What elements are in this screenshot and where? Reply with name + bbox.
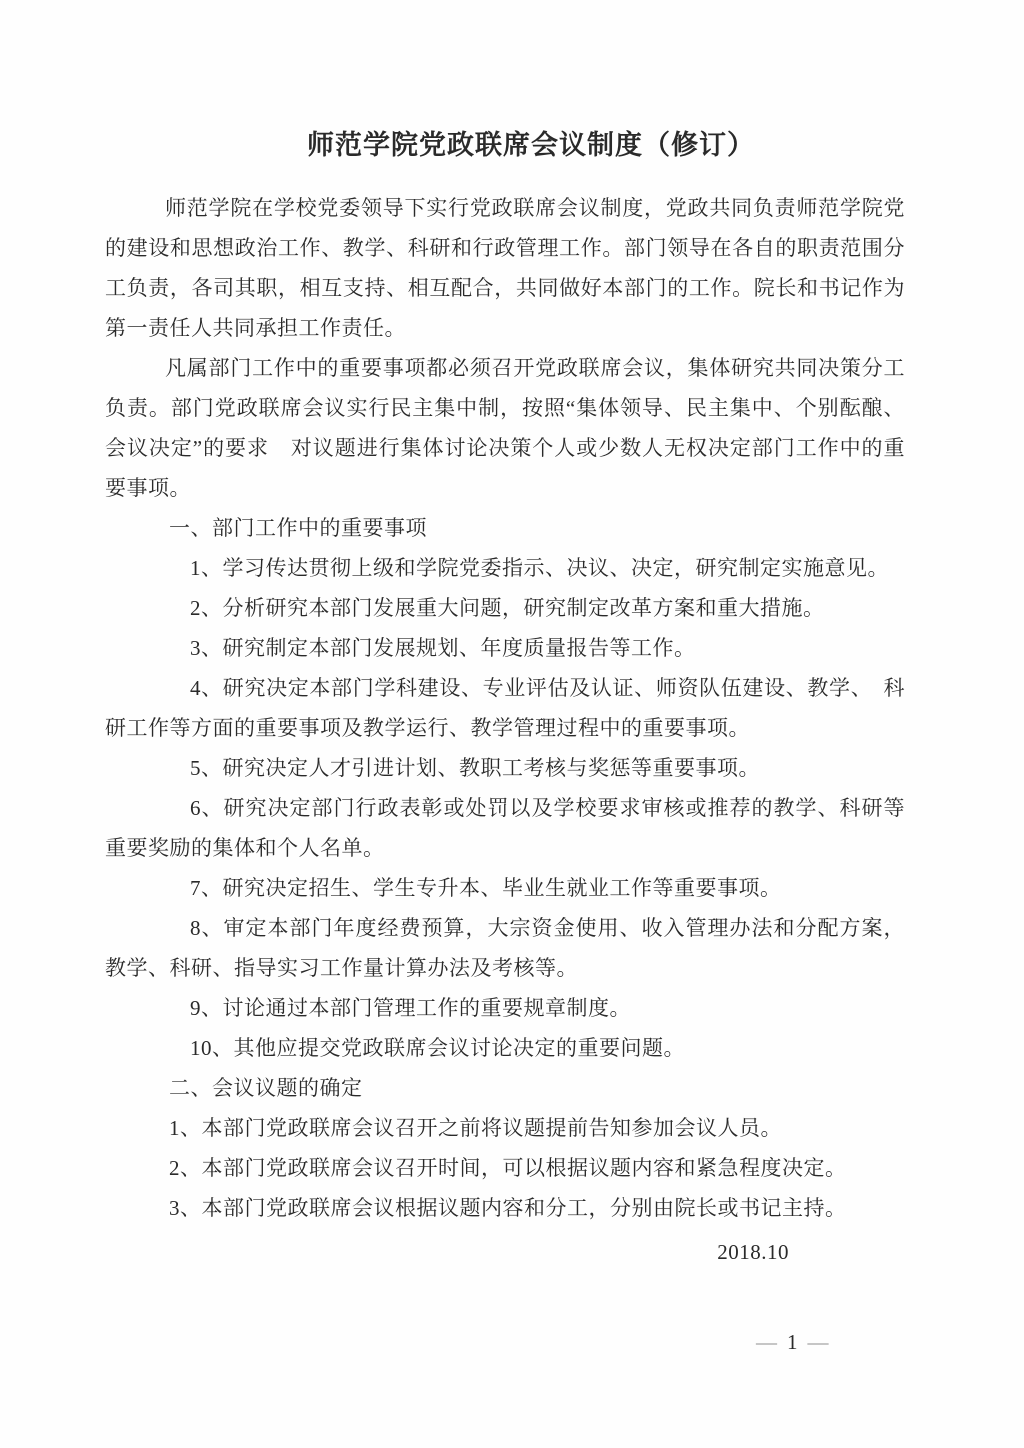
section-1-item-4: 4、研究决定本部门学科建设、专业评估及认证、师资队伍建设、教学、 科研工作等方面…	[105, 668, 905, 748]
section-1-item-5: 5、研究决定人才引进计划、教职工考核与奖惩等重要事项。	[105, 748, 905, 788]
document-title: 师范学院党政联席会议制度（修订）	[105, 124, 905, 166]
section-1-item-8: 8、审定本部门年度经费预算，大宗资金使用、收入管理办法和分配方案，教学、科研、指…	[105, 908, 905, 988]
paragraph-principle: 凡属部门工作中的重要事项都必须召开党政联席会议，集体研究共同决策分工负责。部门党…	[105, 348, 905, 508]
section-2-heading: 二、会议议题的确定	[105, 1068, 905, 1108]
section-1-item-3: 3、研究制定本部门发展规划、年度质量报告等工作。	[105, 628, 905, 668]
section-1-item-9: 9、讨论通过本部门管理工作的重要规章制度。	[105, 988, 905, 1028]
section-1-item-7: 7、研究决定招生、学生专升本、毕业生就业工作等重要事项。	[105, 868, 905, 908]
page-number-dash-left: —	[756, 1330, 777, 1354]
document-body: 师范学院在学校党委领导下实行党政联席会议制度，党政共同负责师范学院党的建设和思想…	[105, 188, 905, 1272]
section-1-item-10: 10、其他应提交党政联席会议讨论决定的重要问题。	[105, 1028, 905, 1068]
section-1-heading: 一、部门工作中的重要事项	[105, 508, 905, 548]
section-2-item-1: 1、本部门党政联席会议召开之前将议题提前告知参加会议人员。	[105, 1108, 905, 1148]
section-2-item-2: 2、本部门党政联席会议召开时间，可以根据议题内容和紧急程度决定。	[105, 1148, 905, 1188]
page-number-value: 1	[787, 1330, 798, 1354]
section-1-item-1: 1、学习传达贯彻上级和学院党委指示、决议、决定，研究制定实施意见。	[105, 548, 905, 588]
page-number: —1—	[756, 1330, 829, 1354]
document-date: 2018.10	[105, 1232, 905, 1272]
document-page: 师范学院党政联席会议制度（修订） 师范学院在学校党委领导下实行党政联席会议制度，…	[0, 0, 1024, 1448]
section-2-item-3: 3、本部门党政联席会议根据议题内容和分工，分别由院长或书记主持。	[105, 1188, 905, 1228]
page-number-dash-right: —	[808, 1330, 829, 1354]
paragraph-intro: 师范学院在学校党委领导下实行党政联席会议制度，党政共同负责师范学院党的建设和思想…	[105, 188, 905, 348]
section-1-item-6: 6、研究决定部门行政表彰或处罚以及学校要求审核或推荐的教学、科研等重要奖励的集体…	[105, 788, 905, 868]
section-1-item-2: 2、分析研究本部门发展重大问题，研究制定改革方案和重大措施。	[105, 588, 905, 628]
